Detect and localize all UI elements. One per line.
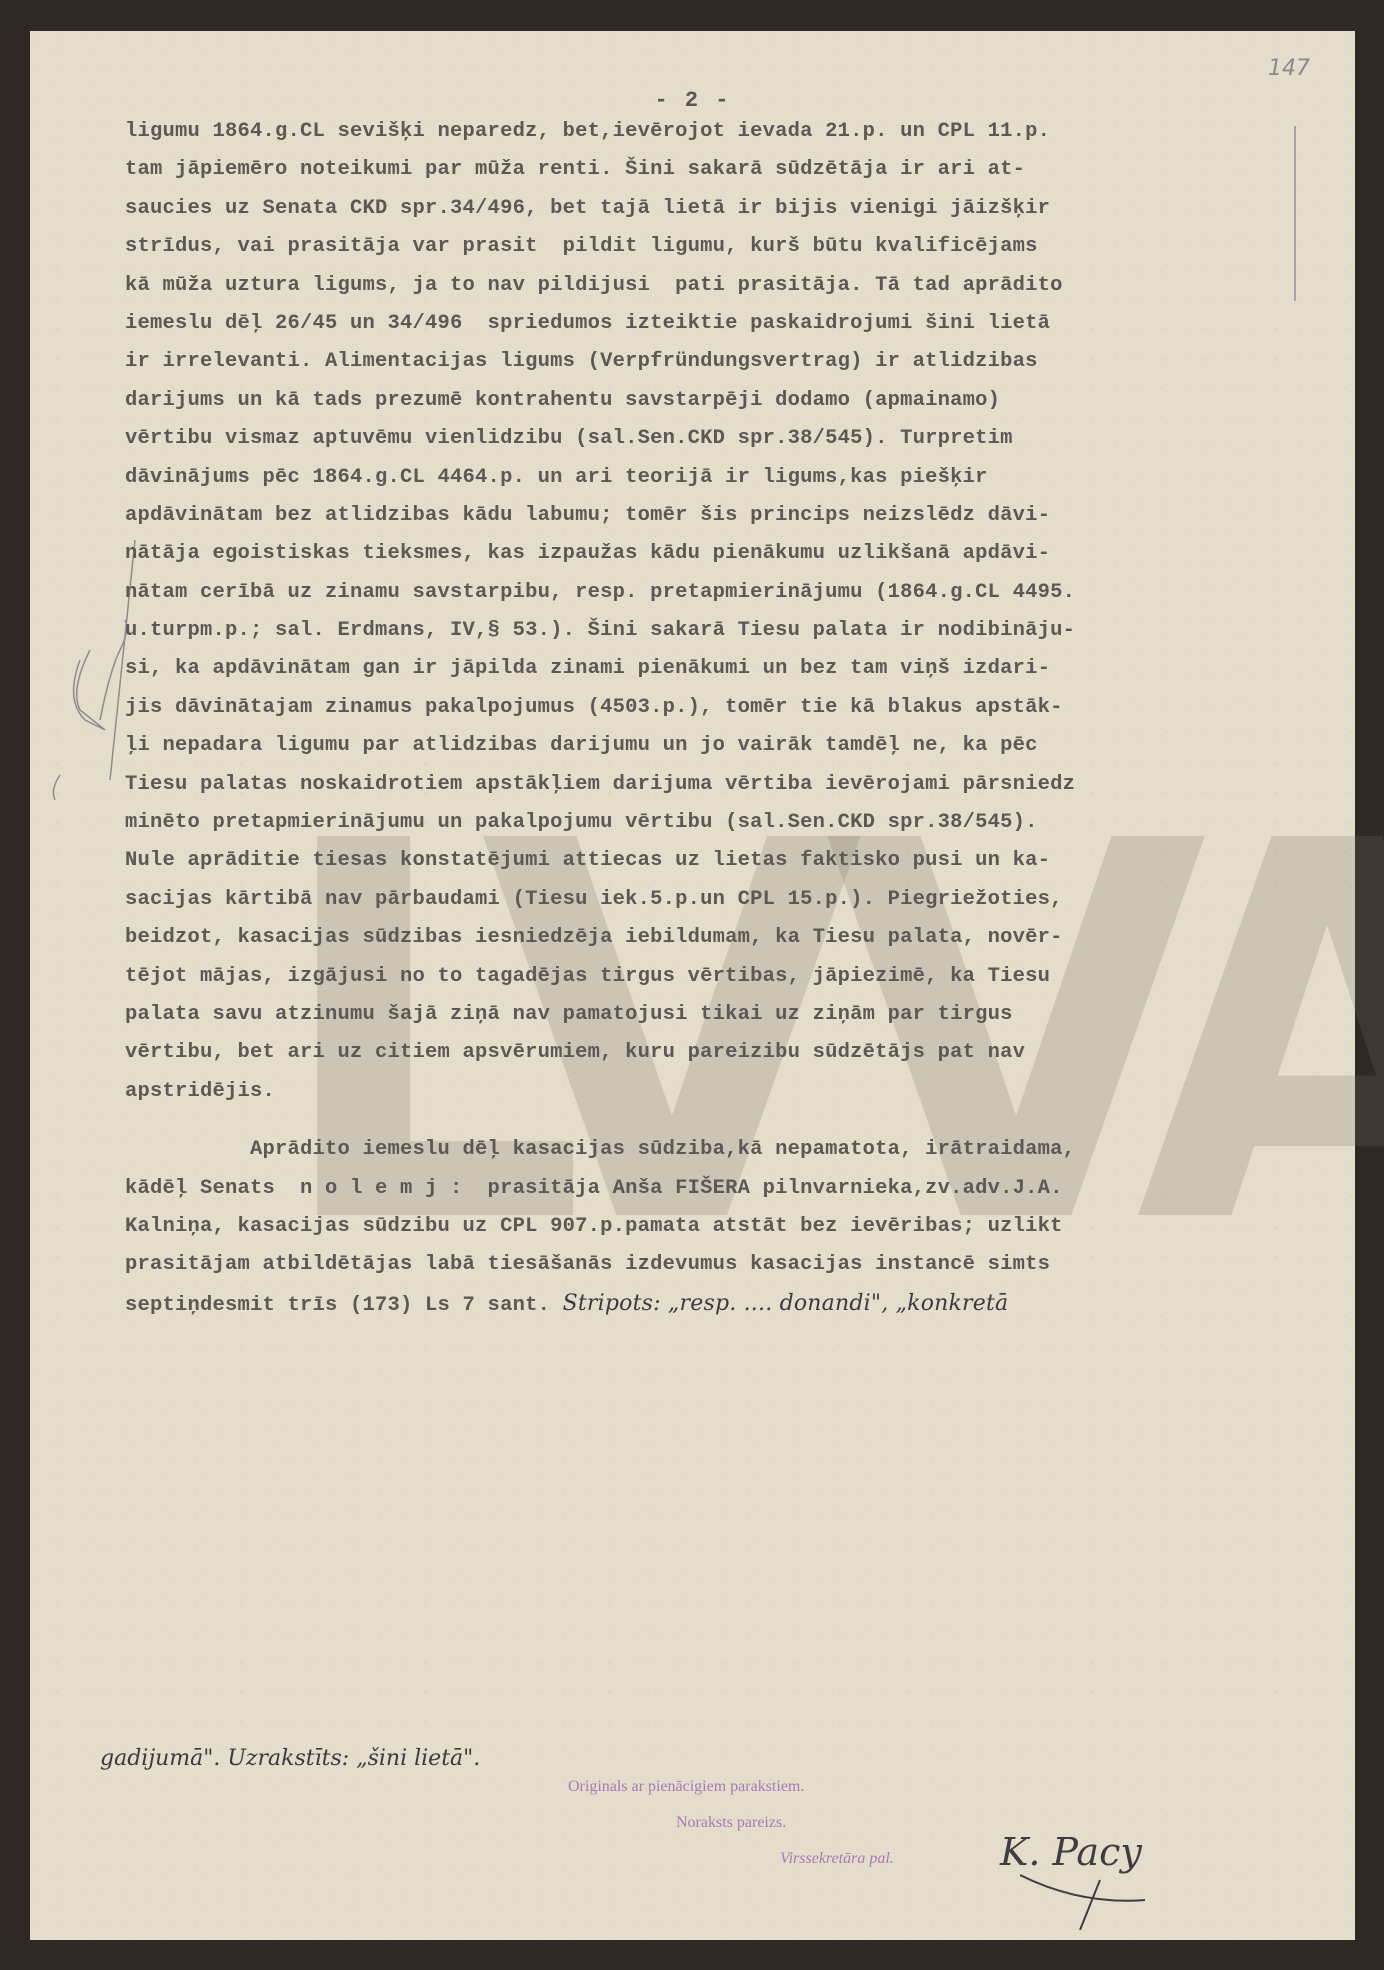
text-line: prasitājam atbildētājas labā tiesāšanās … — [100, 1246, 1300, 1284]
folio-number: 147 — [1268, 56, 1310, 81]
text-line: strīdus, vai prasitāja var prasit pildit… — [100, 228, 1300, 266]
text-line: apdāvinātam bez atlidzibas kādu labumu; … — [100, 497, 1300, 535]
text-line: Aprādito iemeslu dēļ kasacijas sūdziba,k… — [100, 1131, 1300, 1169]
text-line: nātāja egoistiskas tieksmes, kas izpauža… — [100, 535, 1300, 573]
text-line: septiņdesmit trīs (173) Ls 7 sant. Strip… — [100, 1285, 1300, 1323]
text-line: apstridējis. — [100, 1073, 1300, 1111]
page-number: - 2 - — [30, 88, 1355, 113]
handwritten-correction-note: Stripots: „resp. .... donandi", „konkret… — [563, 1291, 1009, 1316]
text-line: beidzot, kasacijas sūdzibas iesniedzēja … — [100, 919, 1300, 957]
text-line: kā mūža uztura ligums, ja to nav pildiju… — [100, 267, 1300, 305]
handwritten-correction-note-continued: gadijumā". Uzrakstīts: „šini lietā". — [100, 1746, 480, 1771]
text-line: tējot mājas, izgājusi no to tagadējas ti… — [100, 958, 1300, 996]
final-typed-line: septiņdesmit trīs (173) Ls 7 sant. — [100, 1294, 550, 1317]
text-line: vērtibu vismaz aptuvēmu vienlidzibu (sal… — [100, 420, 1300, 458]
text-line: jis dāvinātajam zinamus pakalpojumus (45… — [100, 689, 1300, 727]
text-line: palata savu atzinumu šajā ziņā nav pamat… — [100, 996, 1300, 1034]
text-line — [100, 1111, 1300, 1131]
stamp-original-signatures: Originals ar pienācigiem parakstiem. — [568, 1778, 804, 1796]
text-line: ļi nepadara ligumu par atlidzibas dariju… — [100, 727, 1300, 765]
stamp-copy-correct: Noraksts pareizs. — [676, 1814, 786, 1832]
text-line: u.turpm.p.; sal. Erdmans, IV,§ 53.). Šin… — [100, 612, 1300, 650]
text-line: Nule aprāditie tiesas konstatējumi attie… — [100, 842, 1300, 880]
text-line: tam jāpiemēro noteikumi par mūža renti. … — [100, 151, 1300, 189]
typed-body-text: ligumu 1864.g.CL sevišķi neparedz, bet,i… — [100, 113, 1300, 1323]
text-line: Tiesu palatas noskaidrotiem apstākļiem d… — [100, 766, 1300, 804]
signature-flourish-icon — [1020, 1870, 1145, 1930]
text-line: si, ka apdāvinātam gan ir jāpilda zinami… — [100, 650, 1300, 688]
signature: K. Pacy — [1000, 1830, 1142, 1874]
text-line: iemeslu dēļ 26/45 un 34/496 spriedumos i… — [100, 305, 1300, 343]
text-line: dāvinājums pēc 1864.g.CL 4464.p. un ari … — [100, 459, 1300, 497]
stamp-secretary-assistant: Virssekretāra pal. — [780, 1850, 894, 1868]
text-line: kādēļ Senats n o l e m j : prasitāja Anš… — [100, 1170, 1300, 1208]
text-line: vērtibu, bet ari uz citiem apsvērumiem, … — [100, 1034, 1300, 1072]
text-line: sacijas kārtibā nav pārbaudami (Tiesu ie… — [100, 881, 1300, 919]
text-line: nātam cerībā uz zinamu savstarpibu, resp… — [100, 574, 1300, 612]
text-line: saucies uz Senata CKD spr.34/496, bet ta… — [100, 190, 1300, 228]
text-line: darijums un kā tads prezumē kontrahentu … — [100, 382, 1300, 420]
text-line: Kalniņa, kasacijas sūdzibu uz CPL 907.p.… — [100, 1208, 1300, 1246]
text-line: ligumu 1864.g.CL sevišķi neparedz, bet,i… — [100, 113, 1300, 151]
text-line: ir irrelevanti. Alimentacijas ligums (Ve… — [100, 343, 1300, 381]
text-line: minēto pretapmierinājumu un pakalpojumu … — [100, 804, 1300, 842]
